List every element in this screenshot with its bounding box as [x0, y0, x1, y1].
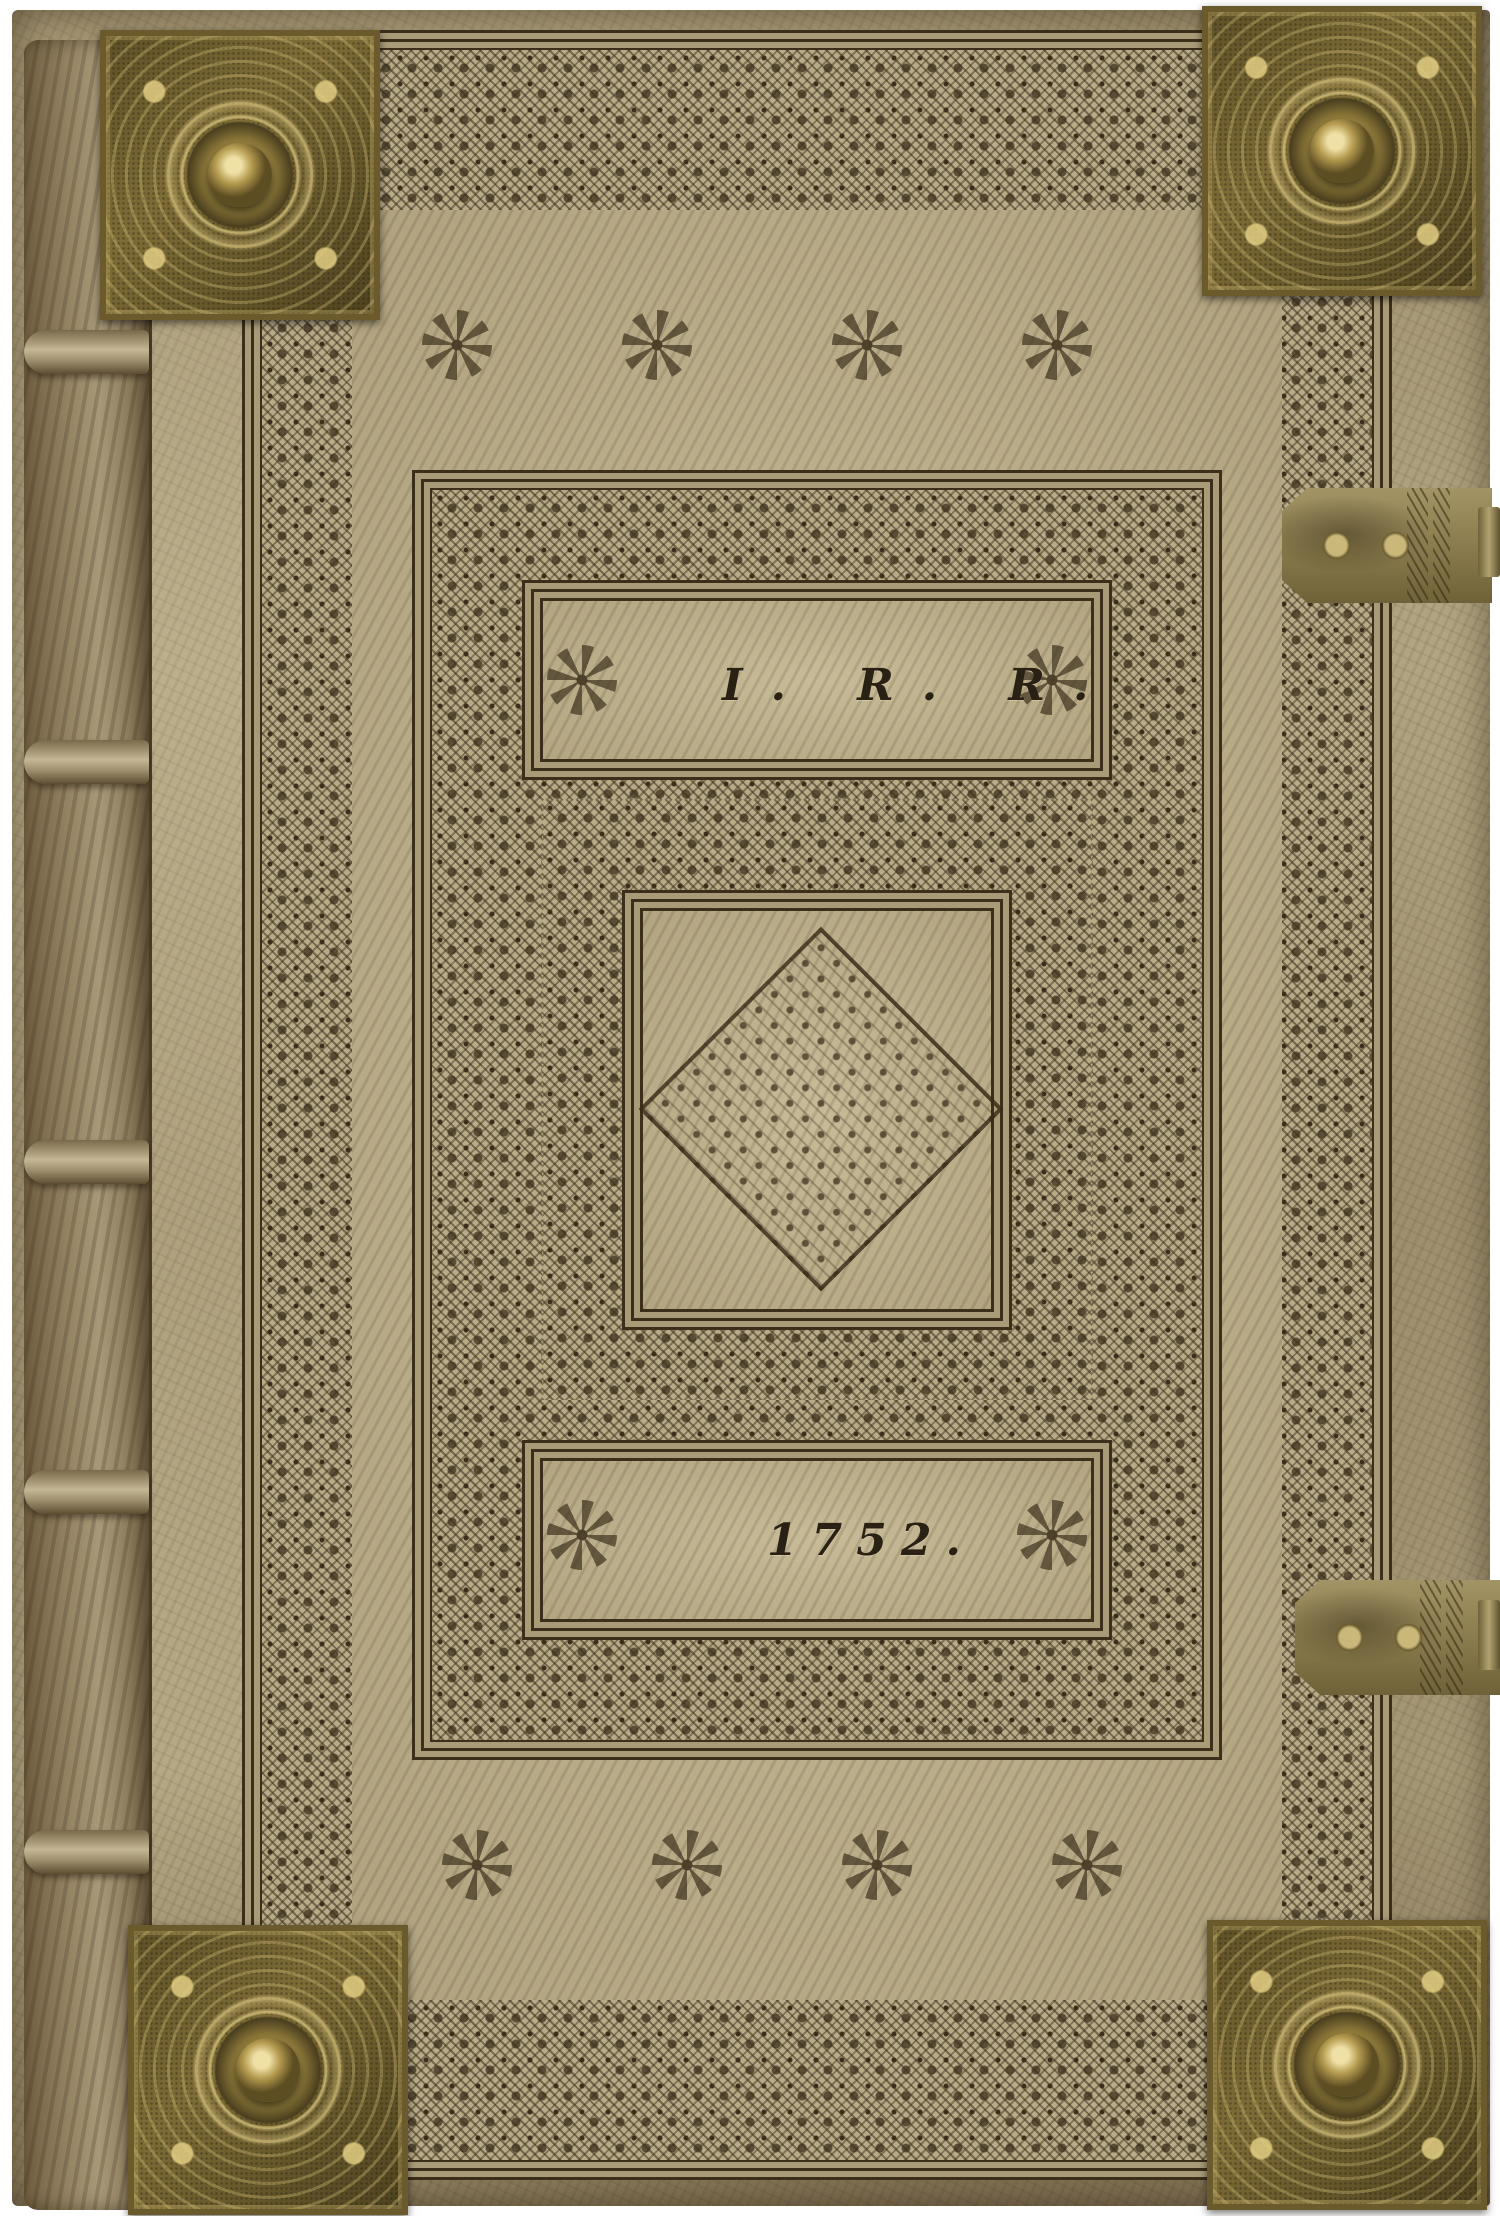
brass-corner-bottom-left — [128, 1925, 408, 2215]
book-cover: I. R. R. 1752. — [12, 10, 1490, 2206]
fleuron-ornament — [547, 645, 617, 715]
fleuron-ornament — [652, 1830, 722, 1900]
brass-corner-top-left — [100, 30, 380, 320]
fleuron-ornament — [422, 310, 492, 380]
brass-corner-top-right — [1202, 6, 1482, 296]
spine-raised-band — [24, 1140, 149, 1184]
brass-clasp-lower — [1295, 1580, 1500, 1695]
book-spine — [24, 40, 152, 2210]
brass-clasp-upper — [1282, 488, 1492, 603]
fleuron-ornament — [622, 310, 692, 380]
owner-initials: I. R. R. — [722, 660, 1116, 711]
fleuron-ornament — [832, 310, 902, 380]
spine-raised-band — [24, 1470, 149, 1514]
clasp-hinge-lower — [1478, 1600, 1500, 1670]
fleuron-ornament — [1017, 1500, 1087, 1570]
fleuron-ornament — [547, 1500, 617, 1570]
fleuron-ornament — [842, 1830, 912, 1900]
clasp-hinge-upper — [1478, 507, 1500, 577]
fleuron-ornament — [1022, 310, 1092, 380]
fleuron-ornament — [442, 1830, 512, 1900]
spine-raised-band — [24, 740, 149, 784]
binding-date: 1752. — [767, 1515, 975, 1566]
brass-corner-bottom-right — [1207, 1920, 1487, 2210]
fleuron-ornament — [1052, 1830, 1122, 1900]
spine-raised-band — [24, 330, 149, 374]
spine-raised-band — [24, 1830, 149, 1874]
